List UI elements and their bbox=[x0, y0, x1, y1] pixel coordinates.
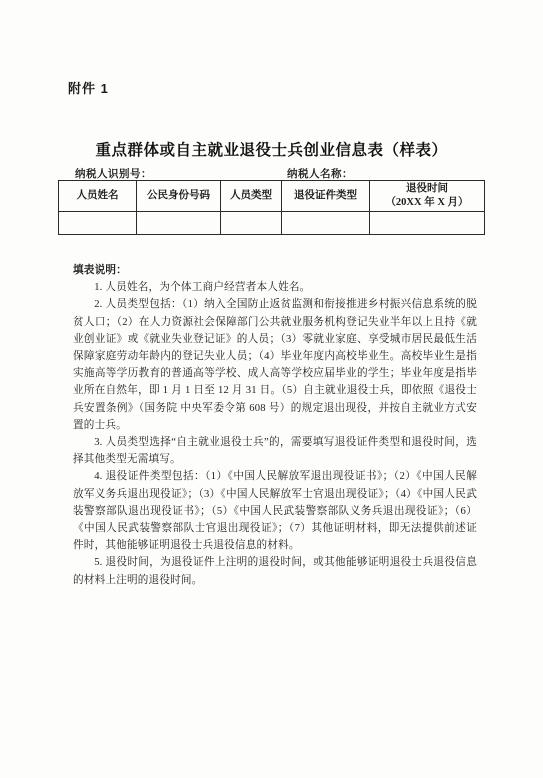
instruction-item-4: 4. 退役证件类型包括：（1）《中国人民解放军退出现役证书》；（2）《中国人民解… bbox=[73, 468, 477, 554]
table-cell-person-name bbox=[59, 212, 137, 235]
taxpayer-id-label: 纳税人识别号： bbox=[75, 166, 152, 181]
instruction-item-2: 2. 人员类型包括：（1）纳入全国防止返贫监测和衔接推进乡村振兴信息系统的脱贫人… bbox=[73, 296, 477, 434]
table-row bbox=[59, 212, 485, 235]
instructions-heading: 填表说明： bbox=[73, 262, 477, 279]
instruction-item-3: 3. 人员类型选择“自主就业退役士兵”的，需要填写退役证件类型和退役时间，选择其… bbox=[73, 434, 477, 468]
col-header-certificate-type: 退役证件类型 bbox=[282, 181, 370, 212]
page-title: 重点群体或自主就业退役士兵创业信息表（样表） bbox=[0, 138, 543, 160]
col-header-person-name: 人员姓名 bbox=[59, 181, 137, 212]
col-header-person-type: 人员类型 bbox=[221, 181, 282, 212]
attachment-label: 附件 1 bbox=[68, 78, 109, 97]
table-cell-citizen-id bbox=[137, 212, 221, 235]
col-header-retirement-date: 退役时间 （20XX 年 X 月） bbox=[370, 181, 485, 212]
table-cell-retirement-date bbox=[370, 212, 485, 235]
taxpayer-name-label: 纳税人名称： bbox=[287, 166, 353, 181]
info-table: 人员姓名 公民身份号码 人员类型 退役证件类型 退役时间 （20XX 年 X 月… bbox=[58, 180, 485, 235]
col-header-citizen-id: 公民身份号码 bbox=[137, 181, 221, 212]
table-cell-certificate-type bbox=[282, 212, 370, 235]
instructions-section: 填表说明： 1. 人员姓名，为个体工商户经营者本人姓名。 2. 人员类型包括：（… bbox=[73, 262, 477, 589]
table-cell-person-type bbox=[221, 212, 282, 235]
instruction-item-1: 1. 人员姓名，为个体工商户经营者本人姓名。 bbox=[73, 279, 477, 296]
document-page: 附件 1 重点群体或自主就业退役士兵创业信息表（样表） 纳税人识别号： 纳税人名… bbox=[0, 0, 543, 778]
table-header-row: 人员姓名 公民身份号码 人员类型 退役证件类型 退役时间 （20XX 年 X 月… bbox=[59, 181, 485, 212]
instruction-item-5: 5. 退役时间，为退役证件上注明的退役时间，或其他能够证明退役士兵退役信息的材料… bbox=[73, 554, 477, 588]
